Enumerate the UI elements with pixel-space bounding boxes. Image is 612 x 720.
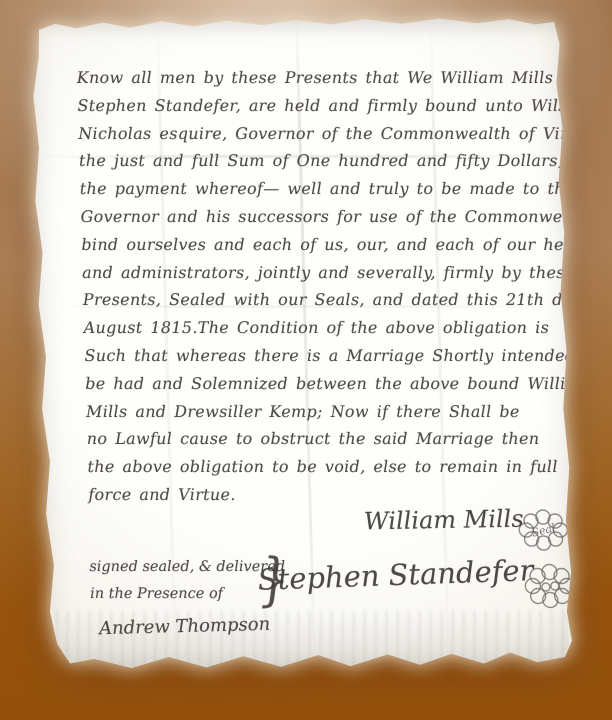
document-line: Mills and Drewsiller Kemp; Now if there … [86, 398, 558, 426]
signature-stephen-standefer: Stephen Standefer [257, 553, 535, 597]
document-paper: Know all men by these Presents that We W… [28, 18, 580, 670]
signature-william-mills: William Mills [364, 505, 525, 536]
document-line: the above obligation to be void, else to… [87, 453, 559, 481]
date-text: August 1815. [83, 314, 198, 342]
document-line: Such that whereas there is a Marriage Sh… [84, 342, 556, 370]
attestation-line: in the Presence of [90, 581, 287, 608]
seal-label: Seal [530, 521, 557, 540]
document-line: the payment whereof— well and truly to b… [79, 175, 551, 203]
document-line: no Lawful cause to obstruct the said Mar… [86, 425, 558, 453]
document-line: the just and full Sum of One hundred and… [79, 147, 551, 175]
paper-shadow-wrap: Know all men by these Presents that We W… [0, 0, 612, 720]
document-line: August 1815. The Condition of the above … [83, 314, 555, 342]
seal-scribble-mills: Seal [514, 506, 573, 556]
document-line: and administrators, jointly and severall… [82, 259, 554, 287]
document-text: Know all men by these Presents that We W… [28, 18, 576, 509]
seal-scribble-standefer [519, 560, 581, 614]
document-line: Presents, Sealed with our Seals, and dat… [82, 286, 554, 314]
condition-opening-text: The Condition of the above obligation is [197, 314, 549, 342]
document-line: Stephen Standefer, are held and firmly b… [77, 92, 549, 120]
document-line: be had and Solemnized between the above … [85, 370, 557, 398]
document-line: Nicholas esquire, Governor of the Common… [78, 120, 550, 148]
document-line: Governor and his successors for use of t… [80, 203, 552, 231]
document-line: bind ourselves and each of us, our, and … [81, 231, 553, 259]
document-line: Know all men by these Presents that We W… [76, 64, 548, 92]
scanned-document-page: Know all men by these Presents that We W… [0, 0, 612, 720]
witness-signature-andrew-thompson: Andrew Thompson [99, 614, 271, 639]
